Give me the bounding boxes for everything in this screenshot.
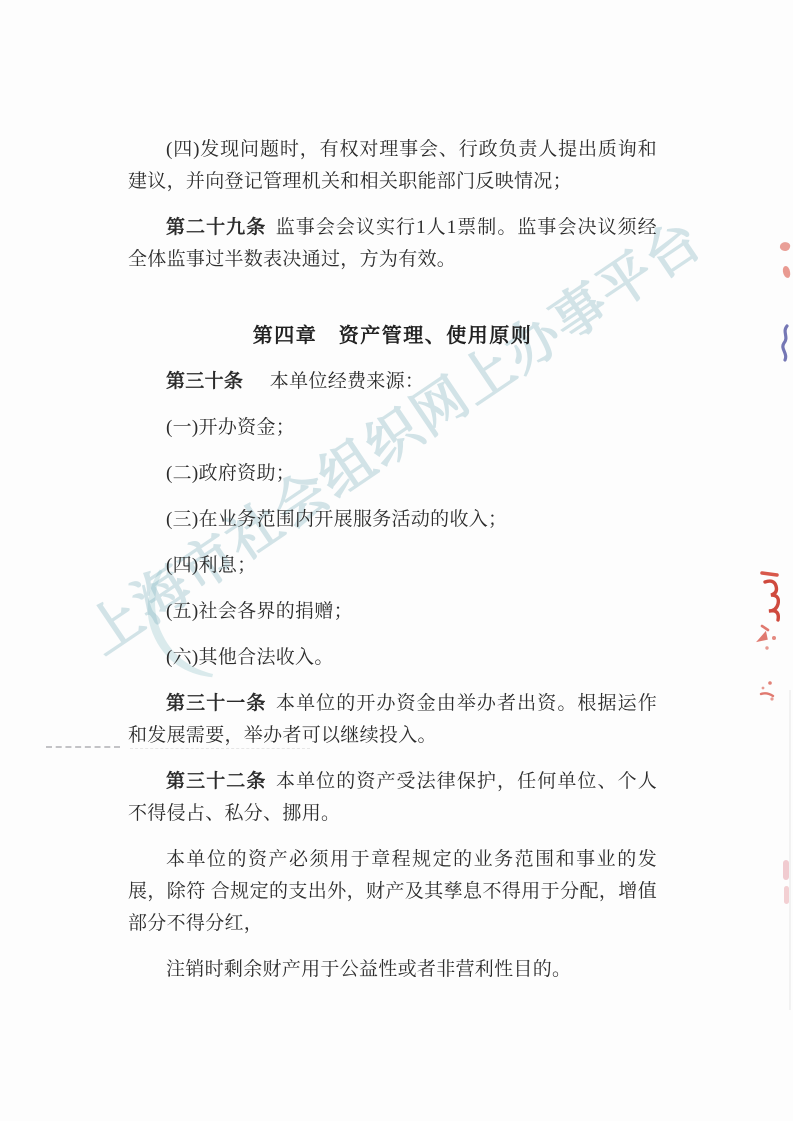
- funding-item-1: (一)开办资金；: [128, 412, 657, 444]
- scanned-document-page: （ 上海市社会组织网上办事平台 (四)发现问题时，有权对理事会、行政负责人提出质…: [0, 0, 793, 1121]
- crease-dashed-line: [46, 746, 120, 748]
- funding-item-4: (四)利息；: [128, 550, 657, 582]
- funding-item-2: (二)政府资助；: [128, 458, 657, 490]
- article-29-label: 第二十九条: [166, 217, 266, 238]
- red-ink-dot-1: [779, 241, 791, 252]
- paragraph-assets: 本单位的资产必须用于章程规定的业务范围和事业的发展，除符 合规定的支出外，财产及…: [128, 844, 657, 940]
- crease-dashed-line-faint: [130, 748, 310, 749]
- funding-item-3: (三)在业务范围内开展服务活动的收入；: [128, 504, 657, 536]
- blue-ink-squiggle: [778, 324, 792, 367]
- article-32-label: 第三十二条: [166, 771, 266, 792]
- paragraph-dissolution: 注销时剩余财产用于公益性或者非营利性目的。: [128, 954, 657, 986]
- paragraph-article-29: 第二十九条监事会会议实行1人1票制。监事会决议须经全体监事过半数表决通过，方为有…: [128, 212, 657, 276]
- paragraph-article-31: 第三十一条本单位的开办资金由举办者出资。根据运作和发展需要，举办者可以继续投入。: [128, 688, 657, 752]
- red-ink-wedge: [754, 631, 768, 642]
- paragraph-article-30: 第三十条本单位经费来源：: [128, 366, 657, 398]
- red-ink-speckles: [758, 680, 776, 707]
- red-ink-dot-2: [782, 266, 791, 279]
- scan-edge-line: [789, 690, 791, 1010]
- chapter-heading: 第四章 资产管理、使用原则: [128, 320, 657, 352]
- page-text-column: (四)发现问题时，有权对理事会、行政负责人提出质询和建议，并向登记管理机关和相关…: [128, 134, 657, 1000]
- funding-item-5: (五)社会各界的捐赠；: [128, 596, 657, 628]
- article-31-label: 第三十一条: [166, 693, 266, 714]
- paragraph-article-32: 第三十二条本单位的资产受法律保护，任何单位、个人不得侵占、私分、挪用。: [128, 766, 657, 830]
- article-30-label: 第三十条: [166, 371, 243, 392]
- funding-item-6: (六)其他合法收入。: [128, 642, 657, 674]
- red-ink-stamp-fragment: [758, 568, 780, 659]
- pink-ink-mark-2: [784, 886, 789, 904]
- paragraph-clause-4: (四)发现问题时，有权对理事会、行政负责人提出质询和建议，并向登记管理机关和相关…: [128, 134, 657, 198]
- pink-ink-mark-1: [783, 860, 789, 880]
- article-30-text: 本单位经费来源：: [270, 371, 424, 392]
